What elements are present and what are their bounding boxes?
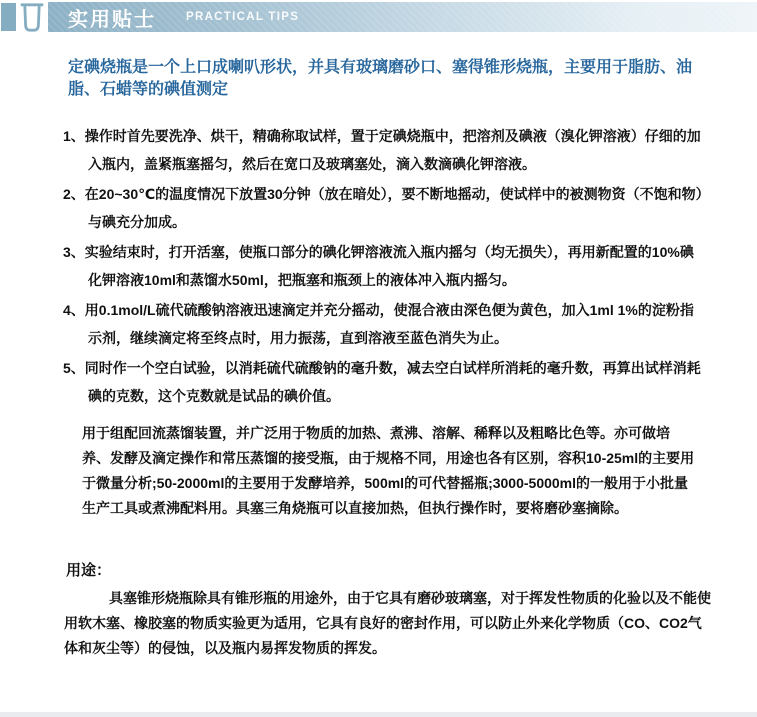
step-number: 3、 xyxy=(63,244,85,260)
intro-heading: 定碘烧瓶是一个上口成喇叭形状，并具有玻璃磨砂口、塞得锥形烧瓶，主要用于脂肪、油脂… xyxy=(68,57,720,101)
step-text: 实验结束时，打开活塞，使瓶口部分的碘化钾溶液流入瓶内摇匀（均无损失），再用新配置… xyxy=(85,244,694,288)
step-text: 用0.1mol/L硫代硫酸钠溶液迅速滴定并充分摇动，使混合液由深色便为黄色，加入… xyxy=(85,302,694,346)
page-subtitle: PRACTICAL TIPS xyxy=(186,11,299,23)
step-item: 5、同时作一个空白试验，以消耗硫代硫酸钠的毫升数，减去空白试样所消耗的毫升数，再… xyxy=(63,354,703,410)
step-item: 3、实验结束时，打开活塞，使瓶口部分的碘化钾溶液流入瓶内摇匀（均无损失），再用新… xyxy=(63,238,703,294)
step-item: 1、操作时首先要洗净、烘干，精确称取试样，置于定碘烧瓶中，把溶剂及碘液（溴化钾溶… xyxy=(63,122,703,178)
header-accent-square xyxy=(1,3,16,31)
step-item: 4、用0.1mol/L硫代硫酸钠溶液迅速滴定并充分摇动，使混合液由深色便为黄色，… xyxy=(63,296,703,352)
step-number: 1、 xyxy=(63,128,85,144)
usage-paragraph: 用于组配回流蒸馏装置，并广泛用于物质的加热、煮沸、溶解、稀释以及粗略比色等。亦可… xyxy=(82,421,695,521)
step-number: 4、 xyxy=(63,302,85,318)
step-number: 2、 xyxy=(63,186,85,202)
step-text: 同时作一个空白试验，以消耗硫代硫酸钠的毫升数，减去空白试样所消耗的毫升数，再算出… xyxy=(85,360,701,404)
step-number: 5、 xyxy=(63,360,85,376)
step-item: 2、在20~30℃的温度情况下放置30分钟（放在暗处），要不断地摇动，使试样中的… xyxy=(63,180,703,236)
header-banner: 实用贴士 PRACTICAL TIPS xyxy=(48,2,757,32)
page-title: 实用贴士 xyxy=(68,3,156,32)
purpose-heading: 用途： xyxy=(66,559,111,580)
step-text: 操作时首先要洗净、烘干，精确称取试样，置于定碘烧瓶中，把溶剂及碘液（溴化钾溶液）… xyxy=(85,128,701,172)
purpose-paragraph: 具塞锥形烧瓶除具有锥形瓶的用途外，由于它具有磨砂玻璃塞，对于挥发性物质的化验以及… xyxy=(64,586,712,661)
steps-list: 1、操作时首先要洗净、烘干，精确称取试样，置于定碘烧瓶中，把溶剂及碘液（溴化钾溶… xyxy=(63,122,703,412)
step-text: 在20~30℃的温度情况下放置30分钟（放在暗处），要不断地摇动，使试样中的被测… xyxy=(85,186,703,230)
footer-divider-bar xyxy=(0,712,757,717)
beaker-icon xyxy=(20,2,44,33)
